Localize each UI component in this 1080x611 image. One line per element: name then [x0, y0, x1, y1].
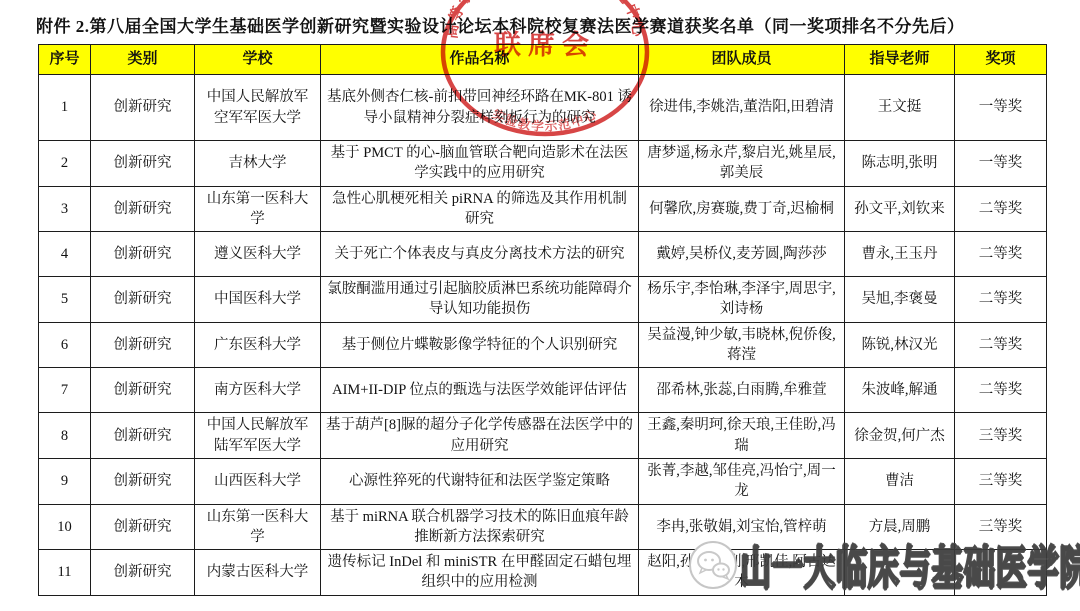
cell-category: 创新研究	[91, 413, 195, 459]
cell-award: 二等奖	[955, 368, 1047, 413]
cell-members: 徐进伟,李姚浩,董浩阳,田碧清	[639, 75, 845, 141]
cell-school: 遵义医科大学	[195, 232, 321, 277]
cell-advisors: 曹永,王玉丹	[845, 232, 955, 277]
cell-school: 中国人民解放军陆军军医大学	[195, 413, 321, 459]
cell-members: 邵希林,张蕊,白雨腾,牟雅萱	[639, 368, 845, 413]
cell-school: 吉林大学	[195, 141, 321, 187]
cell-advisors: 陈锐,林汉光	[845, 322, 955, 368]
table-header-row: 序号类别学校作品名称团队成员指导老师奖项	[39, 45, 1047, 75]
cell-advisors: 吴旭,李褒曼	[845, 277, 955, 323]
cell-category: 创新研究	[91, 232, 195, 277]
cell-no: 5	[39, 277, 91, 323]
cell-members: 李冉,张敬娟,刘宝怡,管梓萌	[639, 504, 845, 550]
cell-school: 山东第一医科大学	[195, 186, 321, 232]
cell-category: 创新研究	[91, 322, 195, 368]
cell-advisors: 曹洁	[845, 458, 955, 504]
column-header: 类别	[91, 45, 195, 75]
cell-work: 基于葫芦[8]脲的超分子化学传感器在法医学中的应用研究	[321, 413, 639, 459]
cell-members: 何馨欣,房赛璇,费丁奇,迟榆桐	[639, 186, 845, 232]
table-row: 10创新研究山东第一医科大学基于 miRNA 联合机器学习技术的陈旧血痕年龄推断…	[39, 504, 1047, 550]
cell-no: 6	[39, 322, 91, 368]
cell-members: 王鑫,秦明珂,徐天琅,王佳盼,冯瑞	[639, 413, 845, 459]
column-header: 团队成员	[639, 45, 845, 75]
table-row: 3创新研究山东第一医科大学急性心肌梗死相关 piRNA 的筛选及其作用机制研究何…	[39, 186, 1047, 232]
cell-work: 心源性猝死的代谢特征和法医学鉴定策略	[321, 458, 639, 504]
table-row: 11创新研究内蒙古医科大学遗传标记 InDel 和 miniSTR 在甲醛固定石…	[39, 550, 1047, 596]
table-row: 6创新研究广东医科大学基于侧位片蝶鞍影像学特征的个人识别研究吴益漫,钟少敏,韦晓…	[39, 322, 1047, 368]
table-row: 7创新研究南方医科大学AIM+II-DIP 位点的甄选与法医学效能评估评估邵希林…	[39, 368, 1047, 413]
cell-category: 创新研究	[91, 504, 195, 550]
table-row: 8创新研究中国人民解放军陆军军医大学基于葫芦[8]脲的超分子化学传感器在法医学中…	[39, 413, 1047, 459]
cell-no: 3	[39, 186, 91, 232]
cell-no: 4	[39, 232, 91, 277]
cell-award: 三等奖	[955, 458, 1047, 504]
column-header: 学校	[195, 45, 321, 75]
table-body: 1创新研究中国人民解放军空军军医大学基底外侧杏仁核-前扣带回神经环路在MK-80…	[39, 75, 1047, 596]
cell-work: 基于 miRNA 联合机器学习技术的陈旧血痕年龄推断新方法探索研究	[321, 504, 639, 550]
cell-members: 赵阳,孙禹,春利,邢凯佳,阿古达木	[639, 550, 845, 596]
cell-members: 张菁,李越,邹佳亮,冯怡宁,周一龙	[639, 458, 845, 504]
column-header: 作品名称	[321, 45, 639, 75]
cell-no: 9	[39, 458, 91, 504]
table-row: 5创新研究中国医科大学氯胺酮滥用通过引起脑胶质淋巴系统功能障碍介导认知功能损伤杨…	[39, 277, 1047, 323]
cell-category: 创新研究	[91, 550, 195, 596]
cell-award: 二等奖	[955, 277, 1047, 323]
cell-advisors: 王文挺	[845, 75, 955, 141]
column-header: 奖项	[955, 45, 1047, 75]
cell-advisors	[845, 550, 955, 596]
cell-work: 关于死亡个体表皮与真皮分离技术方法的研究	[321, 232, 639, 277]
cell-award: 二等奖	[955, 186, 1047, 232]
cell-no: 11	[39, 550, 91, 596]
table-row: 4创新研究遵义医科大学关于死亡个体表皮与真皮分离技术方法的研究戴婷,吴桥仪,麦芳…	[39, 232, 1047, 277]
cell-school: 山东第一医科大学	[195, 504, 321, 550]
table-row: 1创新研究中国人民解放军空军军医大学基底外侧杏仁核-前扣带回神经环路在MK-80…	[39, 75, 1047, 141]
cell-members: 戴婷,吴桥仪,麦芳圆,陶莎莎	[639, 232, 845, 277]
cell-award: 二等奖	[955, 232, 1047, 277]
cell-category: 创新研究	[91, 141, 195, 187]
cell-work: 基于 PMCT 的心-脑血管联合靶向造影术在法医学实践中的应用研究	[321, 141, 639, 187]
cell-work: 基底外侧杏仁核-前扣带回神经环路在MK-801 诱导小鼠精神分裂症样刻板行为的研…	[321, 75, 639, 141]
cell-award: 三等奖	[955, 413, 1047, 459]
cell-school: 中国人民解放军空军军医大学	[195, 75, 321, 141]
cell-advisors: 朱波峰,解通	[845, 368, 955, 413]
cell-advisors: 孙文平,刘钦来	[845, 186, 955, 232]
cell-school: 广东医科大学	[195, 322, 321, 368]
cell-work: 基于侧位片蝶鞍影像学特征的个人识别研究	[321, 322, 639, 368]
cell-school: 内蒙古医科大学	[195, 550, 321, 596]
column-header: 序号	[39, 45, 91, 75]
cell-work: 氯胺酮滥用通过引起脑胶质淋巴系统功能障碍介导认知功能损伤	[321, 277, 639, 323]
document-page: 附件 2.第八届全国大学生基础医学创新研究暨实验设计论坛本科院校复赛法医学赛道获…	[0, 0, 1080, 611]
cell-work: 遗传标记 InDel 和 miniSTR 在甲醛固定石蜡包埋组织中的应用检测	[321, 550, 639, 596]
table-row: 2创新研究吉林大学基于 PMCT 的心-脑血管联合靶向造影术在法医学实践中的应用…	[39, 141, 1047, 187]
cell-advisors: 陈志明,张明	[845, 141, 955, 187]
cell-award: 三等奖	[955, 504, 1047, 550]
cell-no: 7	[39, 368, 91, 413]
cell-category: 创新研究	[91, 277, 195, 323]
cell-category: 创新研究	[91, 75, 195, 141]
cell-no: 10	[39, 504, 91, 550]
table-row: 9创新研究山西医科大学心源性猝死的代谢特征和法医学鉴定策略张菁,李越,邹佳亮,冯…	[39, 458, 1047, 504]
cell-award	[955, 550, 1047, 596]
cell-school: 中国医科大学	[195, 277, 321, 323]
awards-table: 序号类别学校作品名称团队成员指导老师奖项 1创新研究中国人民解放军空军军医大学基…	[38, 44, 1047, 596]
cell-no: 2	[39, 141, 91, 187]
cell-award: 二等奖	[955, 322, 1047, 368]
cell-work: 急性心肌梗死相关 piRNA 的筛选及其作用机制研究	[321, 186, 639, 232]
cell-category: 创新研究	[91, 186, 195, 232]
cell-work: AIM+II-DIP 位点的甄选与法医学效能评估评估	[321, 368, 639, 413]
cell-category: 创新研究	[91, 458, 195, 504]
cell-advisors: 方晨,周鹏	[845, 504, 955, 550]
cell-no: 1	[39, 75, 91, 141]
cell-school: 山西医科大学	[195, 458, 321, 504]
cell-members: 杨乐宇,李怡琳,李泽宇,周思宇,刘诗杨	[639, 277, 845, 323]
column-header: 指导老师	[845, 45, 955, 75]
cell-school: 南方医科大学	[195, 368, 321, 413]
cell-advisors: 徐金贺,何广杰	[845, 413, 955, 459]
cell-category: 创新研究	[91, 368, 195, 413]
cell-members: 唐梦遥,杨永芹,黎启光,姚星辰,郭美辰	[639, 141, 845, 187]
cell-no: 8	[39, 413, 91, 459]
page-title: 附件 2.第八届全国大学生基础医学创新研究暨实验设计论坛本科院校复赛法医学赛道获…	[36, 12, 1056, 37]
cell-members: 吴益漫,钟少敏,韦晓林,倪侨俊,蒋滢	[639, 322, 845, 368]
cell-award: 一等奖	[955, 141, 1047, 187]
cell-award: 一等奖	[955, 75, 1047, 141]
